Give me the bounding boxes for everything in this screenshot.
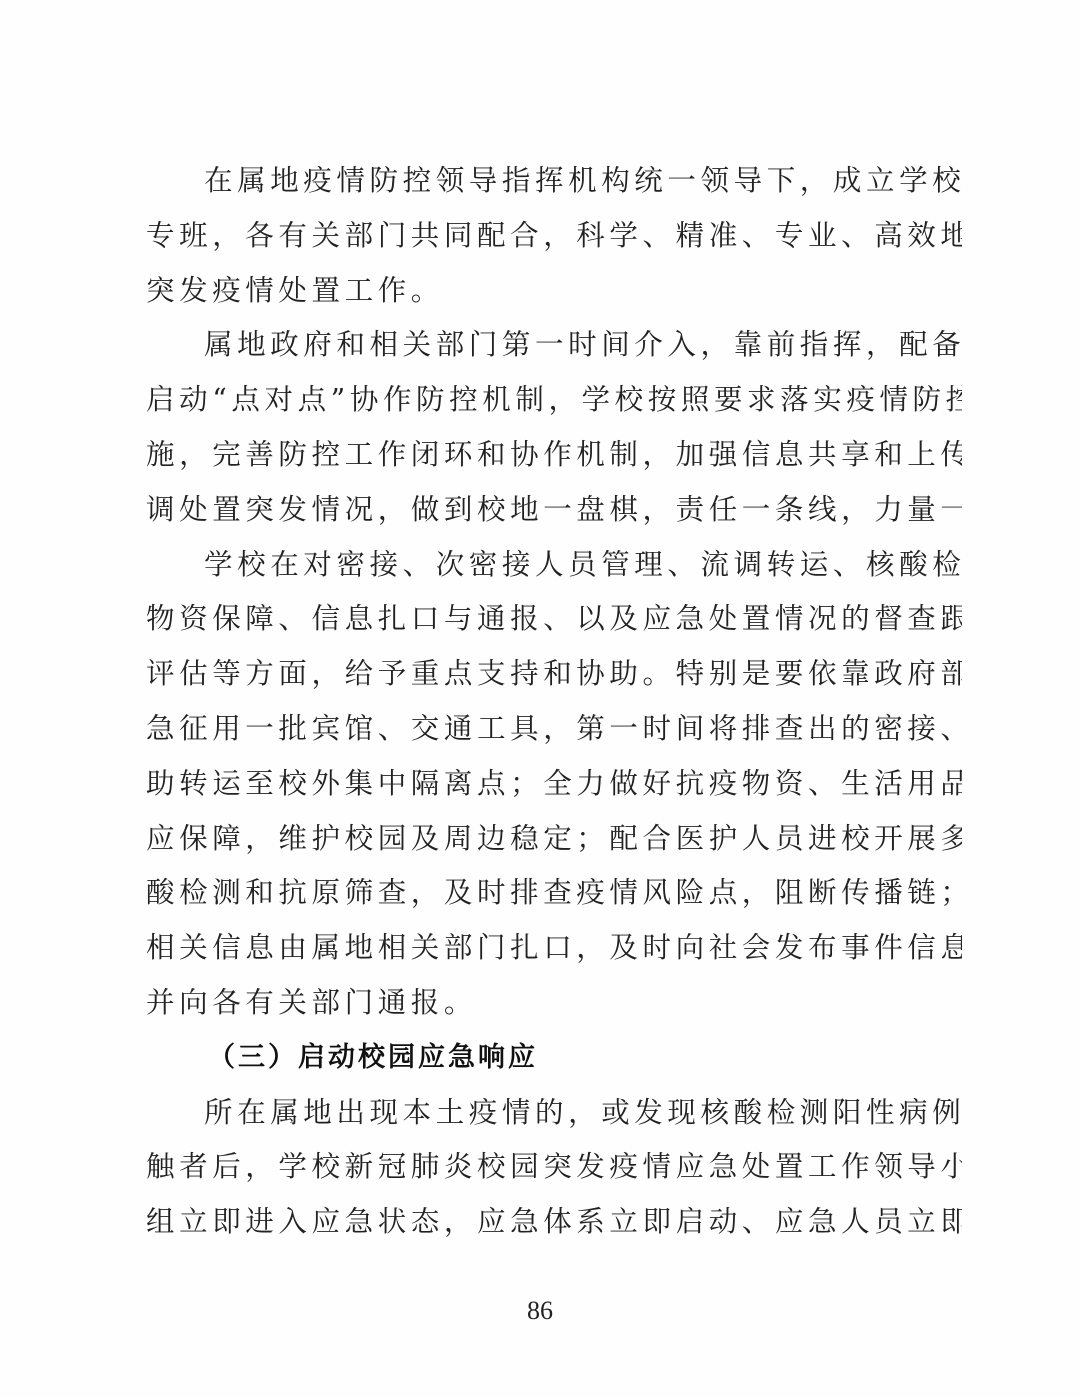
- text-line: 属地政府和相关部门第一时间介入，靠前指挥，配备工作专班，: [146, 318, 962, 373]
- text-line: 学校在对密接、次密接人员管理、流调转运、核酸检测、生活: [146, 538, 962, 593]
- paragraph-2: 属地政府和相关部门第一时间介入，靠前指挥，配备工作专班， 启动“点对点”协作防控…: [146, 318, 962, 537]
- text-line: 施，完善防控工作闭环和协作机制，加强信息共享和上传下达，协: [146, 428, 962, 483]
- text-line: 触者后，学校新冠肺炎校园突发疫情应急处置工作领导小组、工作: [146, 1140, 962, 1195]
- document-page: 在属地疫情防控领导指挥机构统一领导下，成立学校疫情处置 专班，各有关部门共同配合…: [0, 0, 1080, 1397]
- section-heading: （三）启动校园应急响应: [146, 1031, 962, 1086]
- text-line: 专班，各有关部门共同配合，科学、精准、专业、高效地做好校园: [146, 209, 962, 264]
- text-line: 突发疫情处置工作。: [146, 264, 962, 319]
- text-line: 启动“点对点”协作防控机制，学校按照要求落实疫情防控各项措: [146, 373, 962, 428]
- text-line: 助转运至校外集中隔离点；全力做好抗疫物资、生活用品、食品供: [146, 757, 962, 812]
- text-line: 酸检测和抗原筛查，及时排查疫情风险点，阻断传播链；明确疫情: [146, 866, 962, 921]
- text-line: 急征用一批宾馆、交通工具，第一时间将排查出的密接、次密接协: [146, 702, 962, 757]
- text-line: 物资保障、信息扎口与通报、以及应急处置情况的督查跟踪与动态: [146, 592, 962, 647]
- text-line: 所在属地出现本土疫情的，或发现核酸检测阳性病例、密切接: [146, 1086, 962, 1141]
- text-line: 调处置突发情况，做到校地一盘棋，责任一条线，力量一股绳。: [146, 483, 962, 538]
- text-line: 评估等方面，给予重点支持和协助。特别是要依靠政府部门力量紧: [146, 647, 962, 702]
- paragraph-1: 在属地疫情防控领导指挥机构统一领导下，成立学校疫情处置 专班，各有关部门共同配合…: [146, 154, 962, 318]
- text-line: 应保障，维护校园及周边稳定；配合医护人员进校开展多轮师生核: [146, 812, 962, 867]
- text-line: 组立即进入应急状态，应急体系立即启动、应急人员立即到岗、应: [146, 1195, 962, 1250]
- page-number: 86: [0, 1296, 1080, 1326]
- document-body: 在属地疫情防控领导指挥机构统一领导下，成立学校疫情处置 专班，各有关部门共同配合…: [146, 154, 962, 1250]
- text-line: 并向各有关部门通报。: [146, 976, 962, 1031]
- paragraph-4: 所在属地出现本土疫情的，或发现核酸检测阳性病例、密切接 触者后，学校新冠肺炎校园…: [146, 1086, 962, 1250]
- text-line: 在属地疫情防控领导指挥机构统一领导下，成立学校疫情处置: [146, 154, 962, 209]
- paragraph-3: 学校在对密接、次密接人员管理、流调转运、核酸检测、生活 物资保障、信息扎口与通报…: [146, 538, 962, 1031]
- text-line: 相关信息由属地相关部门扎口，及时向社会发布事件信息或公告，: [146, 921, 962, 976]
